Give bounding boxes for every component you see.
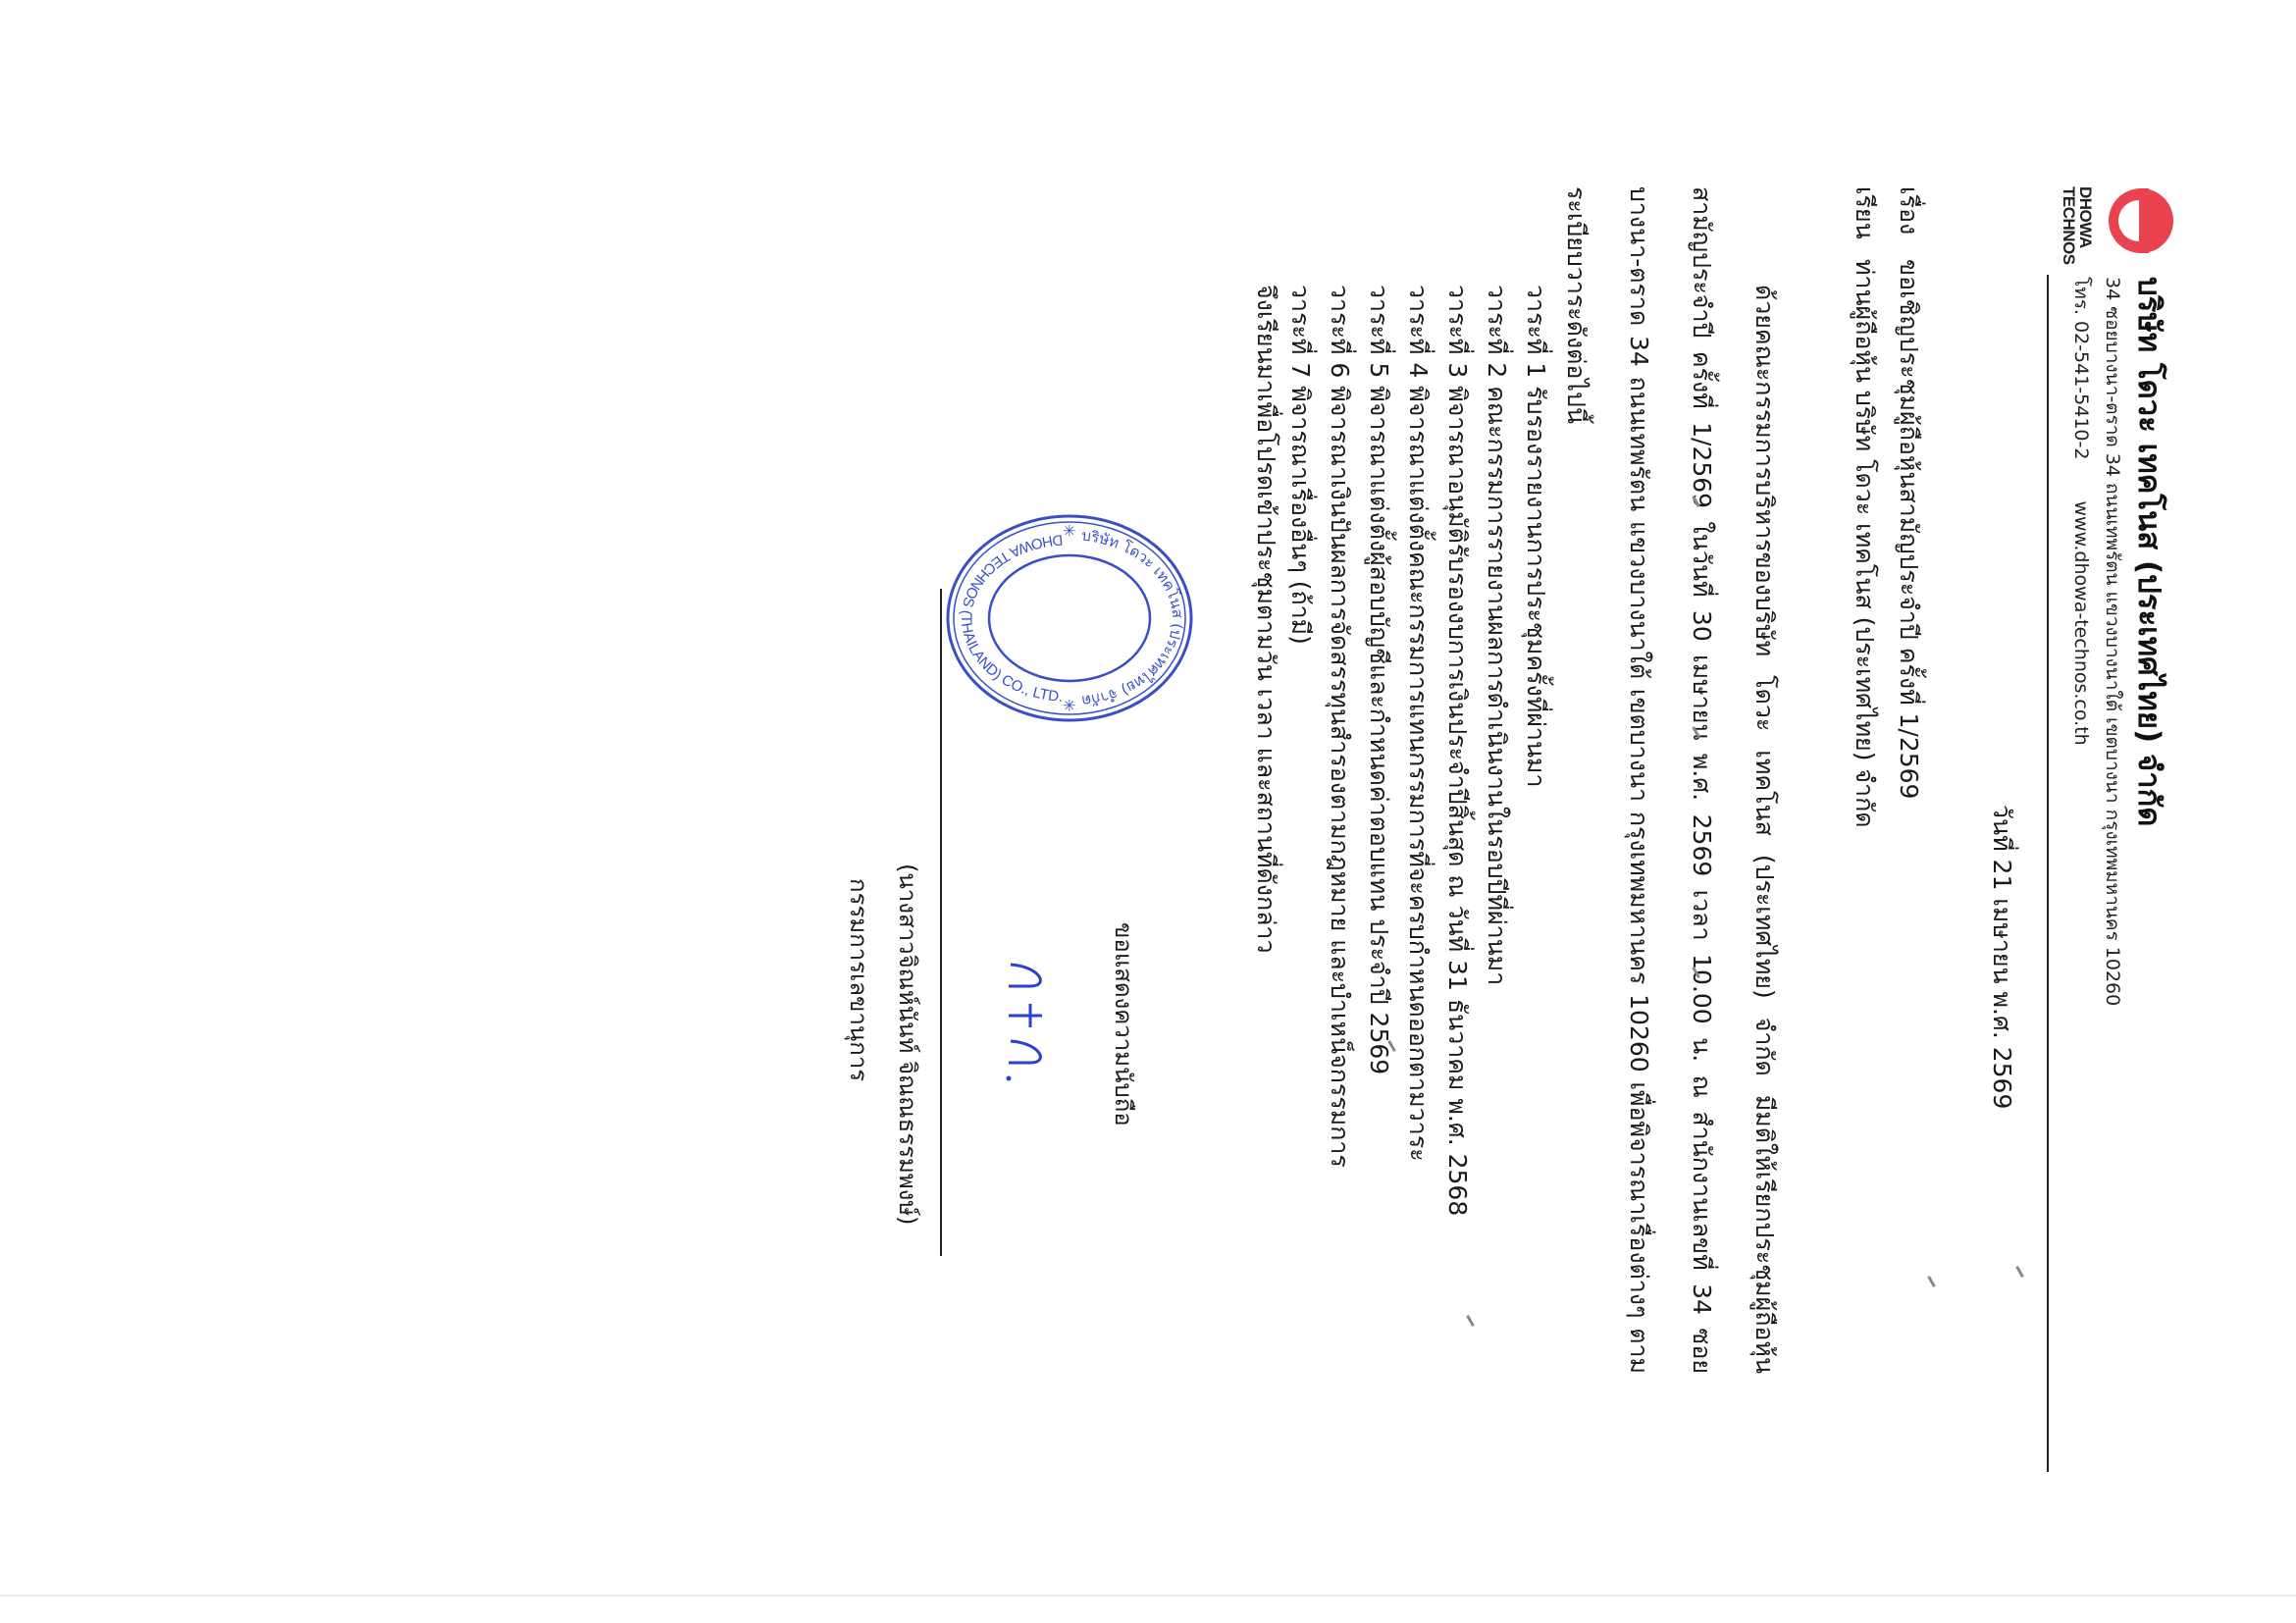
- seal-thai-text: บริษัท โดวะ เทคโนส (ประเทศไทย) จำกัด: [1080, 527, 1186, 710]
- agenda-item: วาระที่ 1 รับรองรายงานการประชุมครั้งที่ผ…: [1516, 285, 1555, 1384]
- logo-wordmark: DHOWA TECHNOS: [2061, 186, 2094, 265]
- company-seal-stamp: บริษัท โดวะ เทคโนส (ประเทศไทย) จำกัด DHO…: [942, 510, 1197, 726]
- regards-text: ขอแสดงความนับถือ: [1105, 922, 1143, 1126]
- letter-date: วันที่ 21 เมษายน พ.ศ. 2569: [1982, 805, 2021, 1109]
- subject-line: เรื่อง ขอเชิญประชุมผู้ถือหุ้นสามัญประจำป…: [1889, 186, 1928, 799]
- svg-text:✳: ✳: [1060, 524, 1078, 537]
- signer-title: กรรมการเลขานุการ: [840, 878, 878, 1081]
- check-mark: [1927, 1276, 1936, 1287]
- signer-name: (นางสาวจิณห์นันท์ จิณณธรรมพงษ์): [889, 864, 927, 1226]
- handwritten-signature: [1001, 957, 1060, 1094]
- company-website: www.dhowa-technos.co.th: [2070, 501, 2092, 746]
- signature-line: [940, 589, 942, 1256]
- agenda-item: วาระที่ 6 พิจารณาเงินปันผลการจัดสรรทุนสำ…: [1320, 285, 1359, 1384]
- body-paragraph: ด้วยคณะกรรมการบริหารของบริษัท โดวะ เทคโน…: [1544, 186, 1796, 1374]
- recipient-line: เรียน ท่านผู้ถือหุ้น บริษัท โดวะ เทคโนส …: [1845, 186, 1884, 827]
- header-divider: [2047, 275, 2049, 1472]
- svg-text:✳: ✳: [1060, 699, 1078, 711]
- recipient-text: ท่านผู้ถือหุ้น บริษัท โดวะ เทคโนส (ประเท…: [1851, 259, 1879, 828]
- subject-label: เรื่อง: [1889, 186, 1928, 251]
- scan-edge: [0, 1595, 2296, 1597]
- dhowa-logo-icon: [2098, 186, 2178, 255]
- svg-text:บริษัท โดวะ เทคโนส (ประเทศไทย): บริษัท โดวะ เทคโนส (ประเทศไทย) จำกัด: [1080, 527, 1186, 710]
- company-address: 34 ซอยบางนา-ตราด 34 ถนนเทพรัตน แขวงบางนา…: [2098, 277, 2127, 1006]
- closing-sentence: จึงเรียนมาเพื่อโปรดเข้าประชุมตามวัน เวลา…: [1246, 285, 1285, 953]
- agenda-list: วาระที่ 1 รับรองรายงานการประชุมครั้งที่ผ…: [1280, 285, 1555, 1384]
- agenda-item: วาระที่ 7 พิจารณาเรื่องอื่นๆ (ถ้ามี): [1280, 285, 1320, 1384]
- agenda-item: วาระที่ 5 พิจารณาแต่งตั้งผู้สอบบัญชีและก…: [1359, 285, 1398, 1384]
- company-phone: โทร. 02-541-5410-2: [2070, 277, 2092, 459]
- subject-text: ขอเชิญประชุมผู้ถือหุ้นสามัญประจำปี ครั้ง…: [1895, 259, 1923, 800]
- agenda-item: วาระที่ 4 พิจารณาแต่งตั้งคณะกรรมการแทนกร…: [1398, 285, 1437, 1384]
- letter-page: DHOWA TECHNOS บริษัท โดวะ เทคโนส (ประเทศ…: [0, 0, 2296, 1623]
- recipient-label: เรียน: [1845, 186, 1884, 251]
- letterhead: DHOWA TECHNOS บริษัท โดวะ เทคโนส (ประเทศ…: [2021, 186, 2178, 1462]
- agenda-item: วาระที่ 3 พิจารณาอนุมัติรับรองงบการเงินป…: [1437, 285, 1477, 1384]
- company-contact: โทร. 02-541-5410-2 www.dhowa-technos.co.…: [2066, 277, 2096, 746]
- agenda-item: วาระที่ 2 คณะกรรมการรายงานผลการดำเนินงาน…: [1477, 285, 1516, 1384]
- company-name: บริษัท โดวะ เทคโนส (ประเทศไทย) จำกัด: [2125, 277, 2174, 826]
